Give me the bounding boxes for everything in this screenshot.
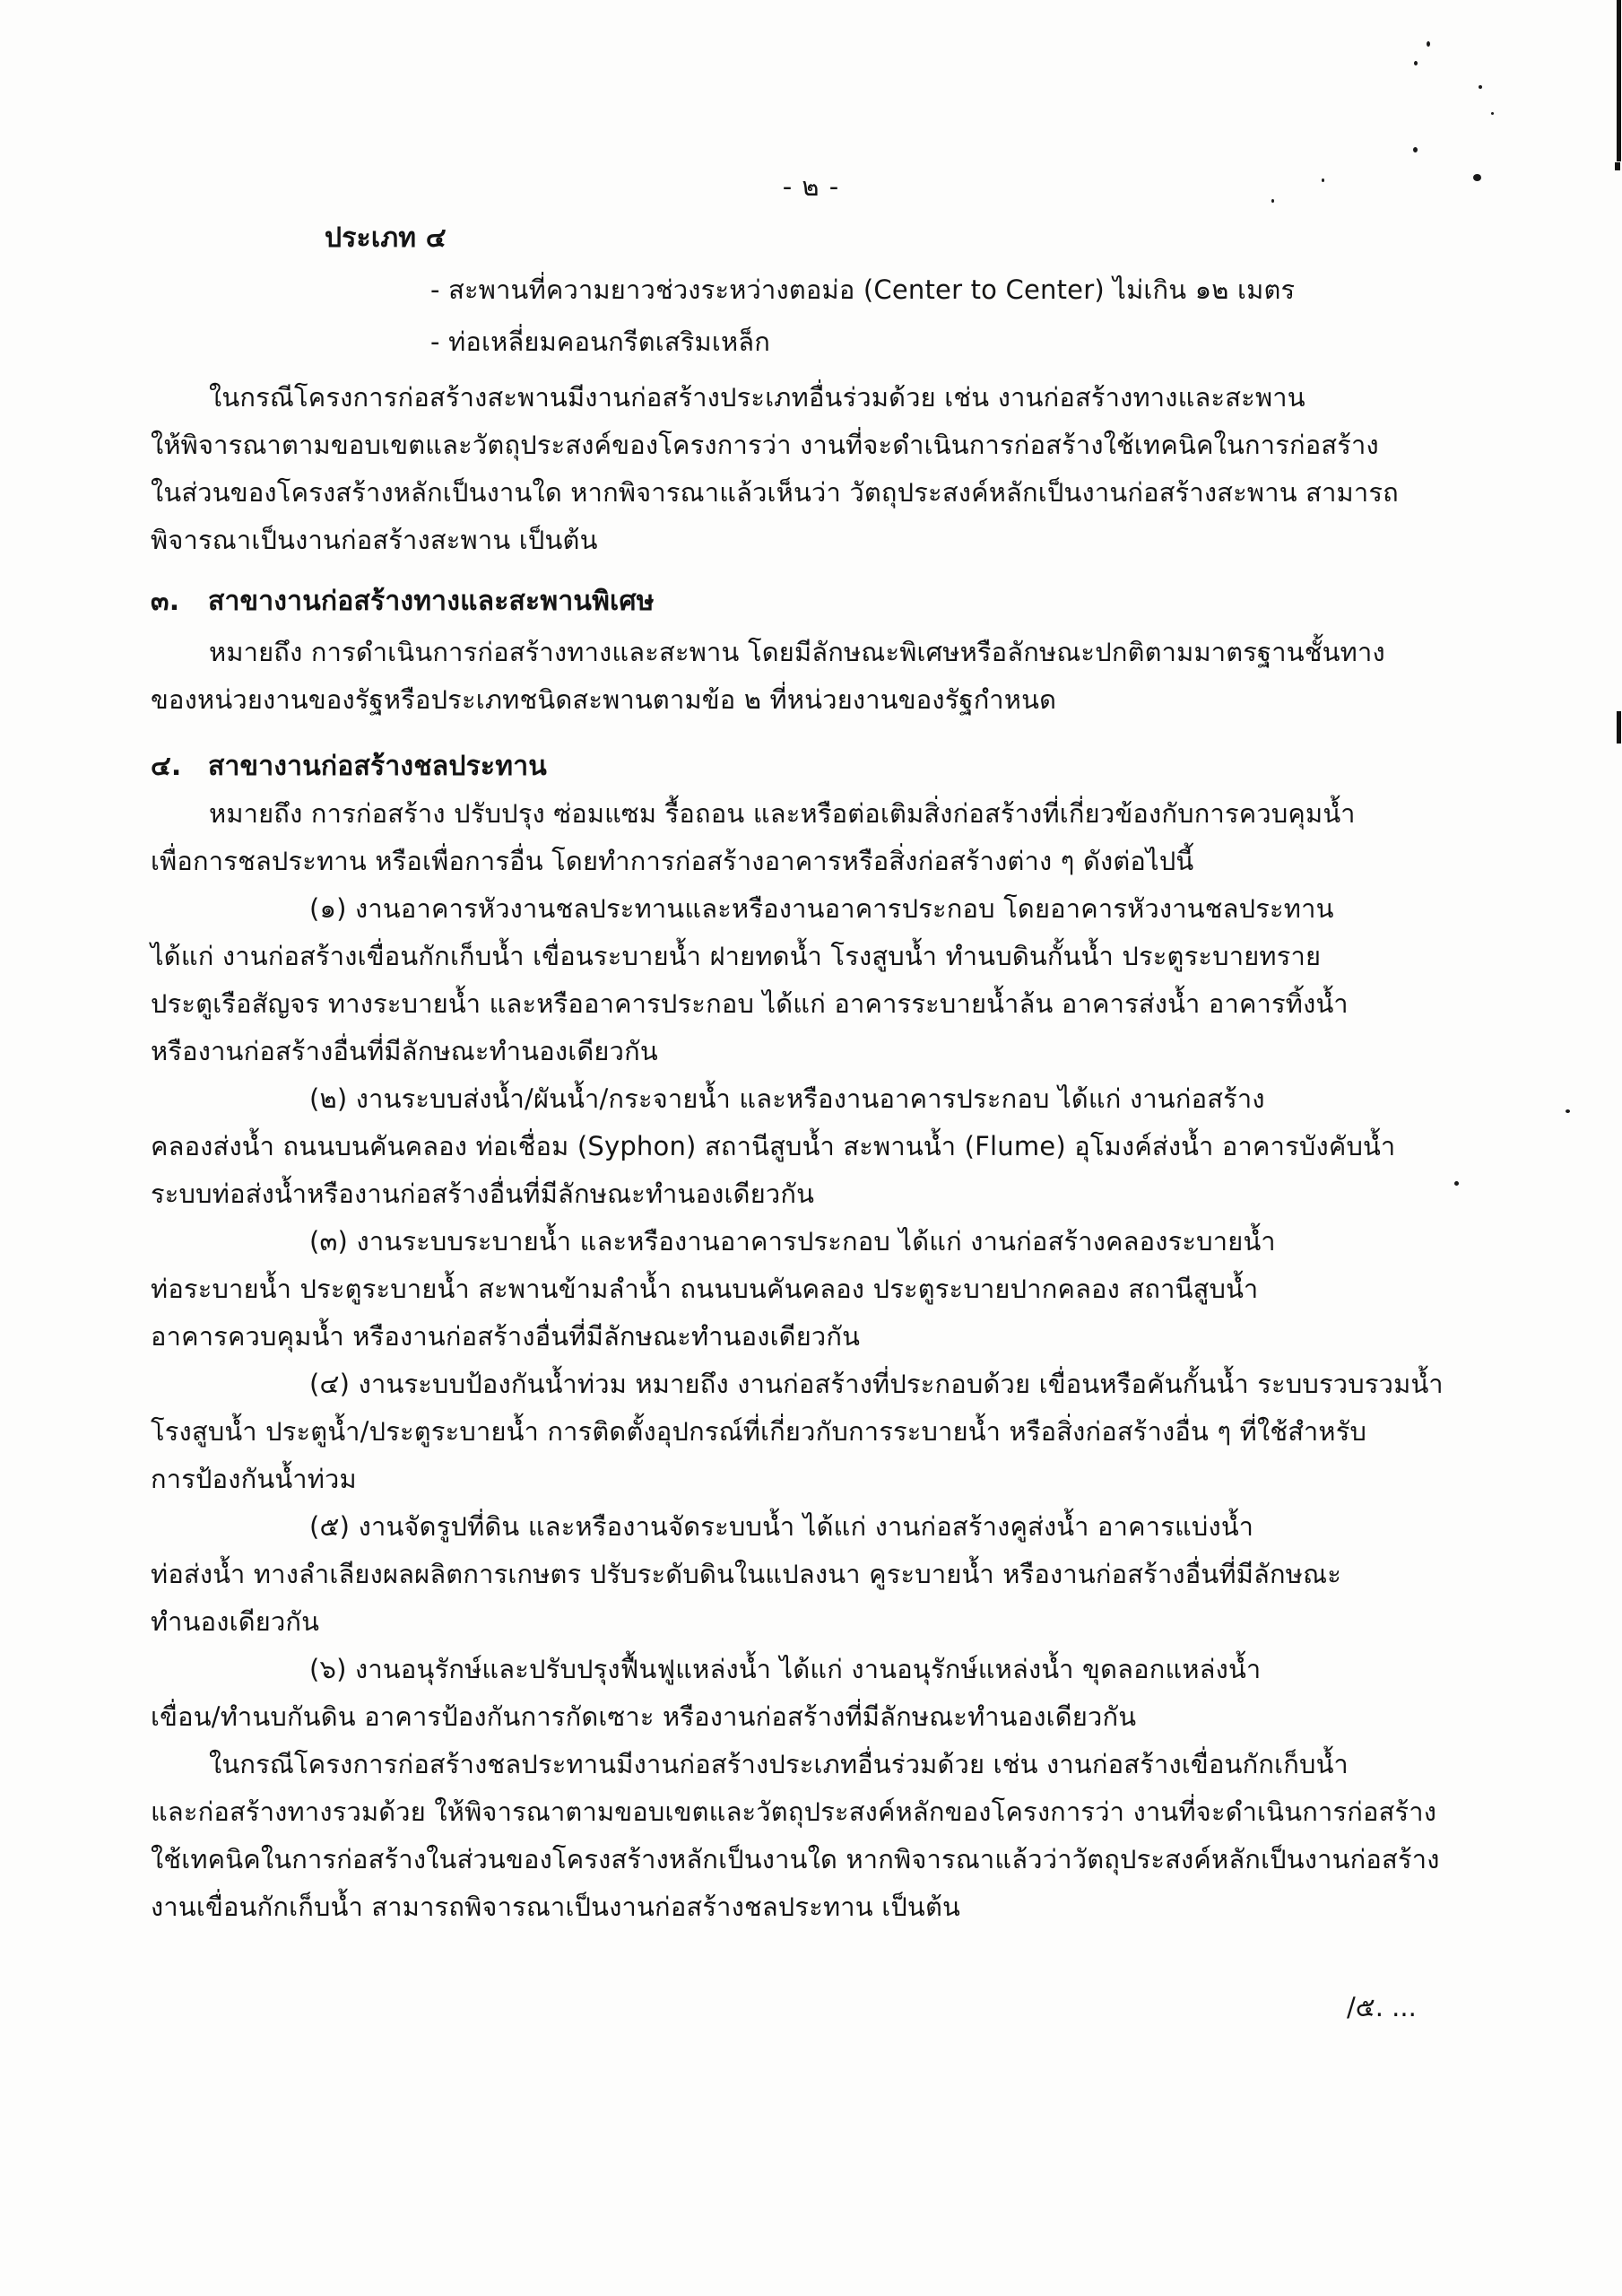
scan-speck (1271, 199, 1274, 203)
list-item-line: ทำนองเดียวกัน (151, 1605, 319, 1639)
paragraph-line: พิจารณาเป็นงานก่อสร้างสะพาน เป็นต้น (151, 523, 598, 557)
section4-title: สาขางานก่อสร้างชลประทาน (208, 751, 547, 782)
scan-speck (1414, 61, 1418, 65)
paragraph-line: ของหน่วยงานของรัฐหรือประเภทชนิดสะพานตามข… (151, 683, 1056, 717)
list-item-line: ได้แก่ งานก่อสร้างเขื่อนกักเก็บน้ำ เขื่อ… (151, 939, 1321, 973)
list-item-line: อาคารควบคุมน้ำ หรืองานก่อสร้างอื่นที่มีล… (151, 1319, 860, 1353)
paragraph-line: ในส่วนของโครงสร้างหลักเป็นงานใด หากพิจาร… (151, 475, 1399, 509)
page-number: - ๒ - (0, 166, 1622, 207)
list-item-line: (๑) งานอาคารหัวงานชลประทานและหรืองานอาคา… (309, 891, 1334, 926)
scan-speck (1479, 85, 1482, 89)
paragraph-line: ใช้เทคนิคในการก่อสร้างในส่วนของโครงสร้าง… (151, 1842, 1440, 1876)
section4-heading: ๔.สาขางานก่อสร้างชลประทาน (151, 750, 547, 784)
list-item-line: ประตูเรือสัญจร ทางระบายน้ำ และหรืออาคารป… (151, 987, 1349, 1021)
type4-heading: ประเภท ๔ (325, 222, 447, 256)
section3-number: ๓. (151, 585, 208, 619)
list-item-line: (๓) งานระบบระบายน้ำ และหรืองานอาคารประกอ… (309, 1224, 1276, 1258)
scan-speck (1413, 147, 1418, 152)
continuation-mark: /๕. ... (1347, 1987, 1417, 2028)
scan-edge-line (1615, 162, 1620, 170)
document-page: - ๒ - ประเภท ๔ - สะพานที่ความยาวช่วงระหว… (0, 0, 1622, 2296)
list-item-line: โรงสูบน้ำ ประตูน้ำ/ประตูระบายน้ำ การติดต… (151, 1414, 1366, 1448)
paragraph-line: หมายถึง การดำเนินการก่อสร้างทางและสะพาน … (209, 635, 1385, 669)
section4-number: ๔. (151, 750, 208, 784)
scan-speck (1566, 1109, 1570, 1113)
scan-speck (1427, 41, 1430, 47)
type4-bullet: - สะพานที่ความยาวช่วงระหว่างตอม่อ (Cente… (430, 273, 1295, 307)
list-item-line: (๒) งานระบบส่งน้ำ/ผันน้ำ/กระจายน้ำ และหร… (309, 1082, 1265, 1116)
scan-edge-line (1617, 711, 1621, 744)
list-item-line: การป้องกันน้ำท่วม (151, 1462, 357, 1496)
list-item-line: ระบบท่อส่งน้ำหรืองานก่อสร้างอื่นที่มีลัก… (151, 1177, 814, 1211)
paragraph-line: ให้พิจารณาตามขอบเขตและวัตถุประสงค์ของโคร… (151, 428, 1379, 462)
paragraph-line: และก่อสร้างทางรวมด้วย ให้พิจารณาตามขอบเข… (151, 1795, 1436, 1829)
list-item-line: ท่อส่งน้ำ ทางลำเลียงผลผลิตการเกษตร ปรับร… (151, 1557, 1341, 1591)
scan-edge-line (1617, 0, 1621, 161)
list-item-line: (๔) งานระบบป้องกันน้ำท่วม หมายถึง งานก่อ… (309, 1367, 1444, 1401)
list-item-line: (๕) งานจัดรูปที่ดิน และหรืองานจัดระบบน้ำ… (309, 1509, 1253, 1544)
scan-speck (1473, 174, 1481, 181)
list-item-line: ท่อระบายน้ำ ประตูระบายน้ำ สะพานข้ามลำน้ำ… (151, 1272, 1258, 1306)
list-item-line: คลองส่งน้ำ ถนนบนคันคลอง ท่อเชื่อม (Sypho… (151, 1129, 1395, 1163)
list-item-line: เขื่อน/ทำนบกันดิน อาคารป้องกันการกัดเซาะ… (151, 1700, 1136, 1734)
scan-speck (1454, 1181, 1459, 1186)
section3-title: สาขางานก่อสร้างทางและสะพานพิเศษ (208, 586, 655, 617)
scan-speck (1491, 112, 1494, 115)
paragraph-line: ในกรณีโครงการก่อสร้างชลประทานมีงานก่อสร้… (209, 1747, 1349, 1781)
paragraph-line: หมายถึง การก่อสร้าง ปรับปรุง ซ่อมแซม รื้… (209, 796, 1356, 831)
section3-heading: ๓.สาขางานก่อสร้างทางและสะพานพิเศษ (151, 585, 655, 619)
type4-bullet: - ท่อเหลี่ยมคอนกรีตเสริมเหล็ก (430, 325, 770, 359)
paragraph-line: เพื่อการชลประทาน หรือเพื่อการอื่น โดยทำก… (151, 844, 1193, 878)
list-item-line: หรืองานก่อสร้างอื่นที่มีลักษณะทำนองเดียว… (151, 1034, 658, 1068)
paragraph-line: ในกรณีโครงการก่อสร้างสะพานมีงานก่อสร้างป… (209, 380, 1305, 414)
scan-speck (1322, 178, 1324, 182)
paragraph-line: งานเขื่อนกักเก็บน้ำ สามารถพิจารณาเป็นงาน… (151, 1890, 960, 1924)
list-item-line: (๖) งานอนุรักษ์และปรับปรุงฟื้นฟูแหล่งน้ำ… (309, 1652, 1261, 1686)
